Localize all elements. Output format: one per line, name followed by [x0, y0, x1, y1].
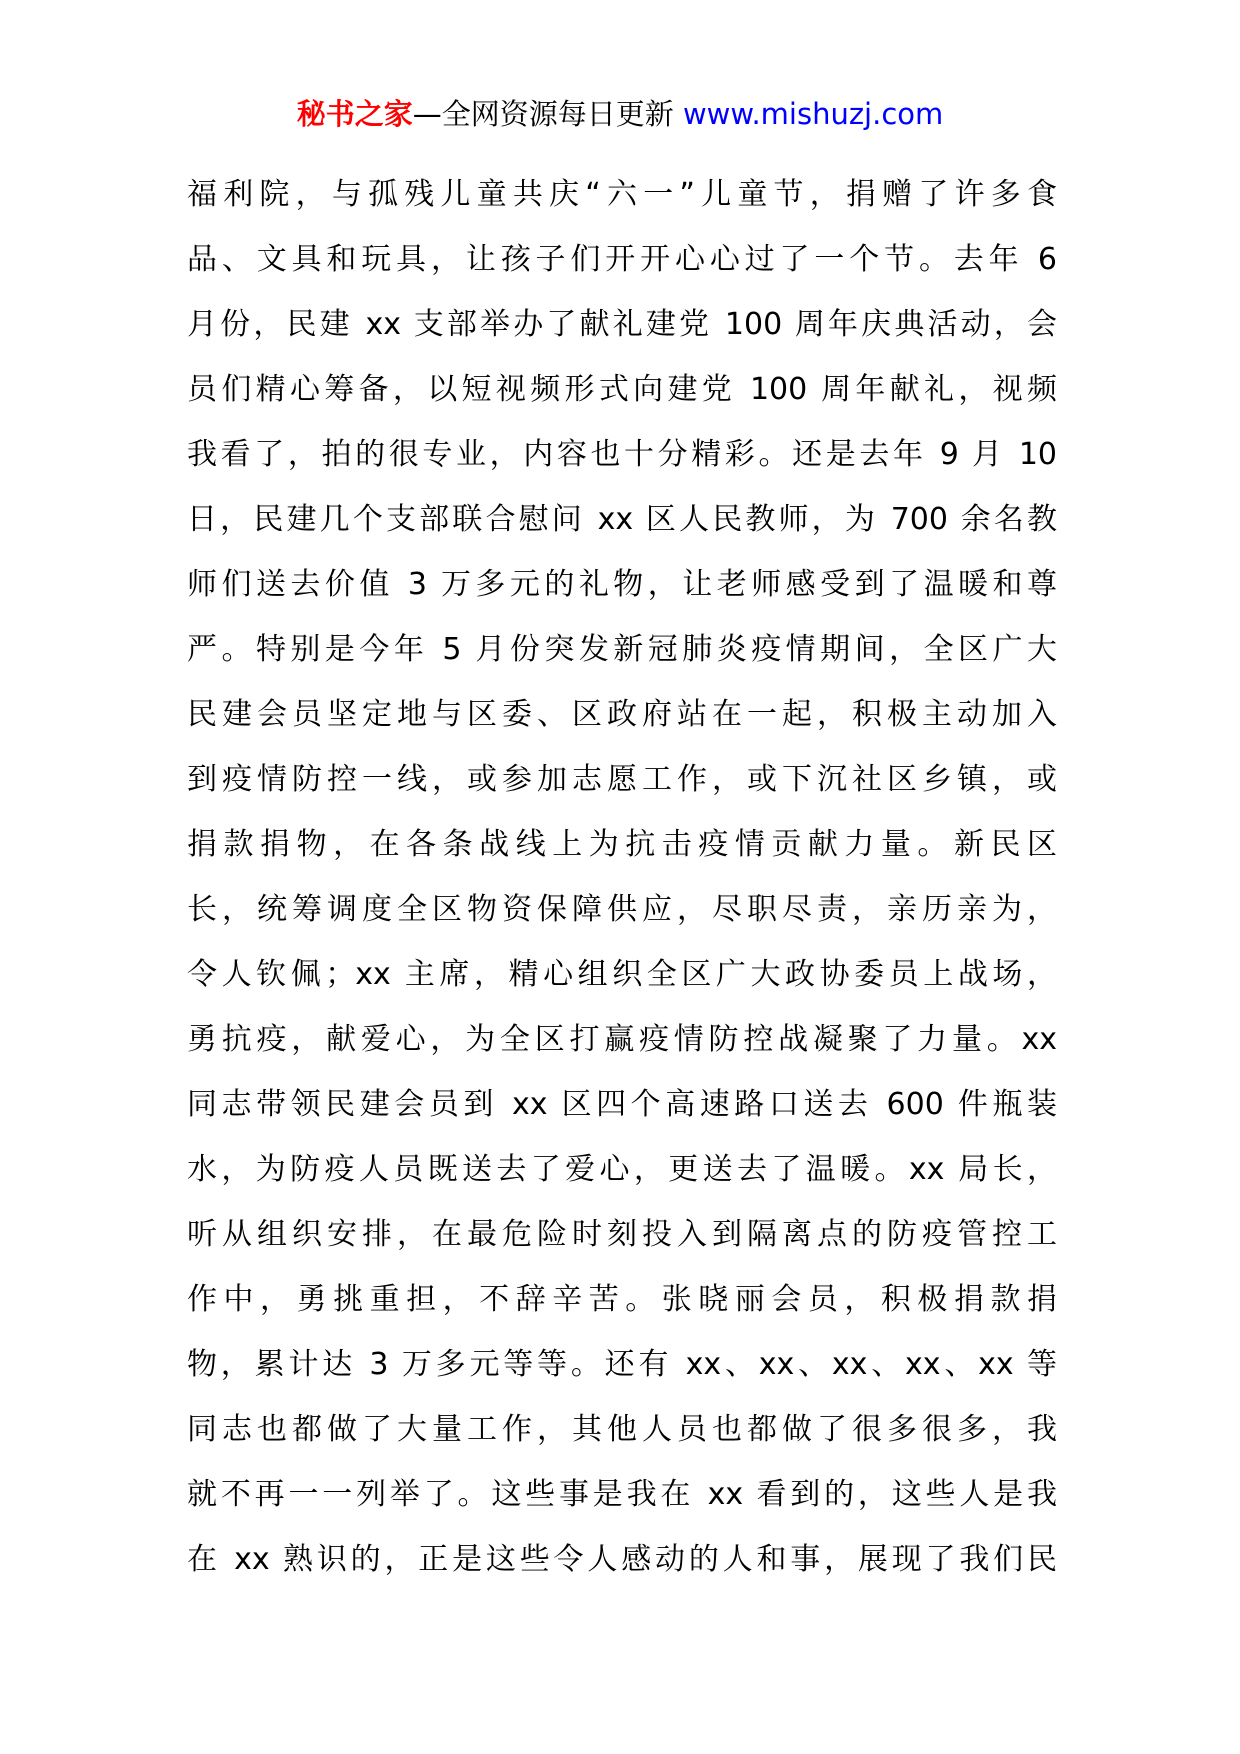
text-line: 勇抗疫，献爱心，为全区打赢疫情防控战凝聚了力量。xx	[187, 1007, 1057, 1072]
text-line: 听从组织安排，在最危险时刻投入到隔离点的防疫管控工	[187, 1202, 1057, 1267]
text-line: 同志也都做了大量工作，其他人员也都做了很多很多，我	[187, 1397, 1057, 1462]
text-line: 日，民建几个支部联合慰问 xx 区人民教师，为 700 余名教	[187, 487, 1057, 552]
text-line: 员们精心筹备，以短视频形式向建党 100 周年献礼，视频	[187, 357, 1057, 422]
page-header: 秘书之家—全网资源每日更新 www.mishuzj.com	[0, 94, 1240, 134]
text-line: 同志带领民建会员到 xx 区四个高速路口送去 600 件瓶装	[187, 1072, 1057, 1137]
text-line: 到疫情防控一线，或参加志愿工作，或下沉社区乡镇，或	[187, 747, 1057, 812]
document-body: 福利院，与孤残儿童共庆“六一”儿童节，捐赠了许多食 品、文具和玩具，让孩子们开开…	[187, 162, 1057, 1592]
text-line: 品、文具和玩具，让孩子们开开心心过了一个节。去年 6	[187, 227, 1057, 292]
text-line: 师们送去价值 3 万多元的礼物，让老师感受到了温暖和尊	[187, 552, 1057, 617]
brand-name: 秘书之家	[297, 97, 413, 131]
text-line: 我看了，拍的很专业，内容也十分精彩。还是去年 9 月 10	[187, 422, 1057, 487]
text-line: 在 xx 熟识的，正是这些令人感动的人和事，展现了我们民	[187, 1527, 1057, 1592]
text-line: 福利院，与孤残儿童共庆“六一”儿童节，捐赠了许多食	[187, 162, 1057, 227]
text-line: 作中，勇挑重担，不辞辛苦。张晓丽会员，积极捐款捐	[187, 1267, 1057, 1332]
text-line: 水，为防疫人员既送去了爱心，更送去了温暖。xx 局长，	[187, 1137, 1057, 1202]
text-line: 就不再一一列举了。这些事是我在 xx 看到的，这些人是我	[187, 1462, 1057, 1527]
header-slogan: —全网资源每日更新	[413, 97, 683, 131]
text-line: 捐款捐物，在各条战线上为抗击疫情贡献力量。新民区	[187, 812, 1057, 877]
text-line: 长，统筹调度全区物资保障供应，尽职尽责，亲历亲为，	[187, 877, 1057, 942]
text-line: 民建会员坚定地与区委、区政府站在一起，积极主动加入	[187, 682, 1057, 747]
text-line: 严。特别是今年 5 月份突发新冠肺炎疫情期间，全区广大	[187, 617, 1057, 682]
header-url-link[interactable]: www.mishuzj.com	[683, 97, 943, 131]
text-line: 令人钦佩；xx 主席，精心组织全区广大政协委员上战场，	[187, 942, 1057, 1007]
text-line: 物，累计达 3 万多元等等。还有 xx、xx、xx、xx、xx 等	[187, 1332, 1057, 1397]
text-line: 月份，民建 xx 支部举办了献礼建党 100 周年庆典活动，会	[187, 292, 1057, 357]
